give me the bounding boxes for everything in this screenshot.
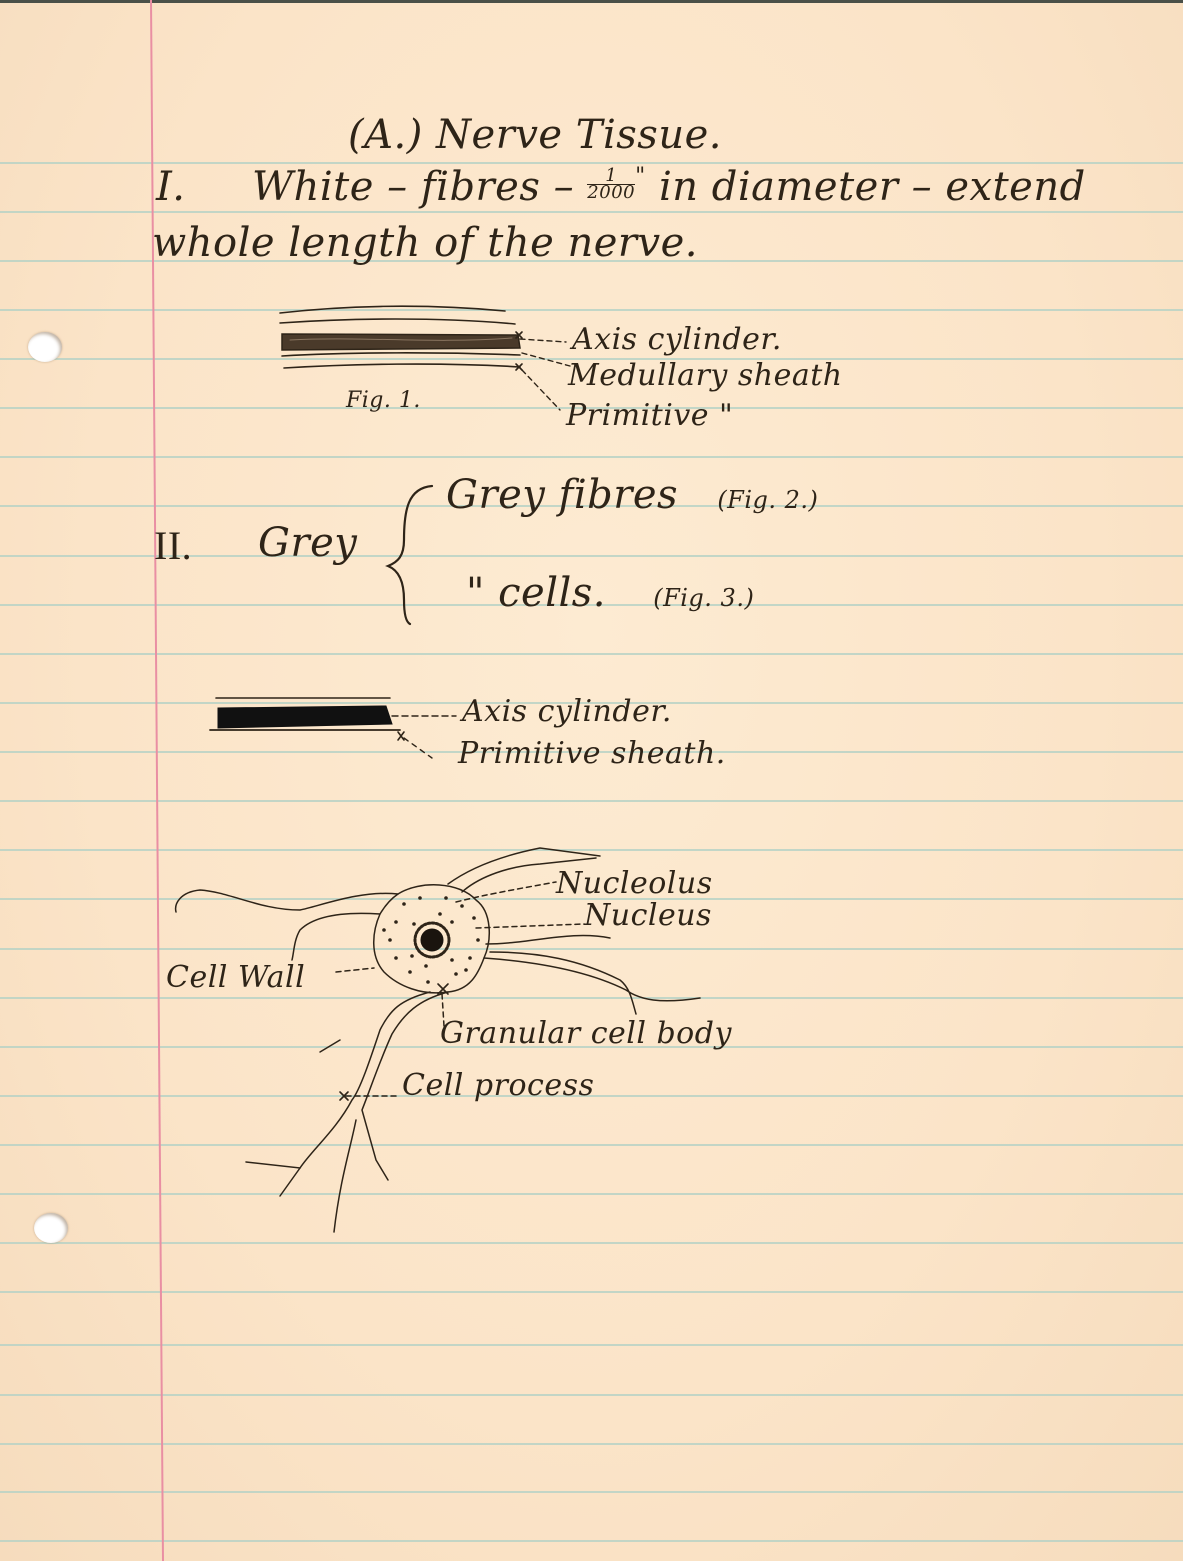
fig1-label-medullary-sheath: Medullary sheath [568,358,843,393]
notebook-page: (A.) Nerve Tissue. I. White – fibres – 1… [0,0,1183,1561]
fig3-label-cell-wall: Cell Wall [166,960,305,995]
section-1-line-1: White – fibres – 12000" in diameter – ex… [252,164,1086,210]
section-2-numeral: II. [154,522,192,569]
fig3-label-nucleolus: Nucleolus [556,866,713,901]
binder-hole-top [28,332,62,362]
inch-mark: " [635,164,646,189]
fraction-denominator: 2000 [587,185,635,201]
section-1-text-a: White – fibres – [252,164,587,210]
fig2-label-axis-cylinder: Axis cylinder. [462,694,672,729]
section-1-text-b: in diameter – extend [646,164,1086,210]
page-title: (A.) Nerve Tissue. [348,112,722,158]
fig1-caption: Fig. 1. [346,388,421,413]
fraction: 12000 [587,168,635,201]
binder-hole-bottom [34,1213,68,1243]
fig3-label-cell-process: Cell process [402,1068,594,1103]
grey-cells-label: " cells. [466,570,606,616]
section-2-term: Grey [258,520,357,566]
section-1-line-2: whole length of the nerve. [152,220,698,266]
fig3-label-granular-cell-body: Granular cell body [440,1016,732,1051]
fig2-label-primitive-sheath: Primitive sheath. [458,736,726,771]
section-2-item-2: " cells. (Fig. 3.) [466,570,754,616]
fig3-label-nucleus: Nucleus [584,898,712,933]
fig-3-ref: (Fig. 3.) [653,584,754,612]
grey-fibres-label: Grey fibres [446,472,678,518]
fig1-label-axis-cylinder: Axis cylinder. [572,322,782,357]
section-2-item-1: Grey fibres (Fig. 2.) [446,472,818,518]
section-1-numeral: I. [156,164,186,210]
fig1-label-primitive-sheath: Primitive " [566,398,733,433]
fig-2-ref: (Fig. 2.) [717,486,818,514]
